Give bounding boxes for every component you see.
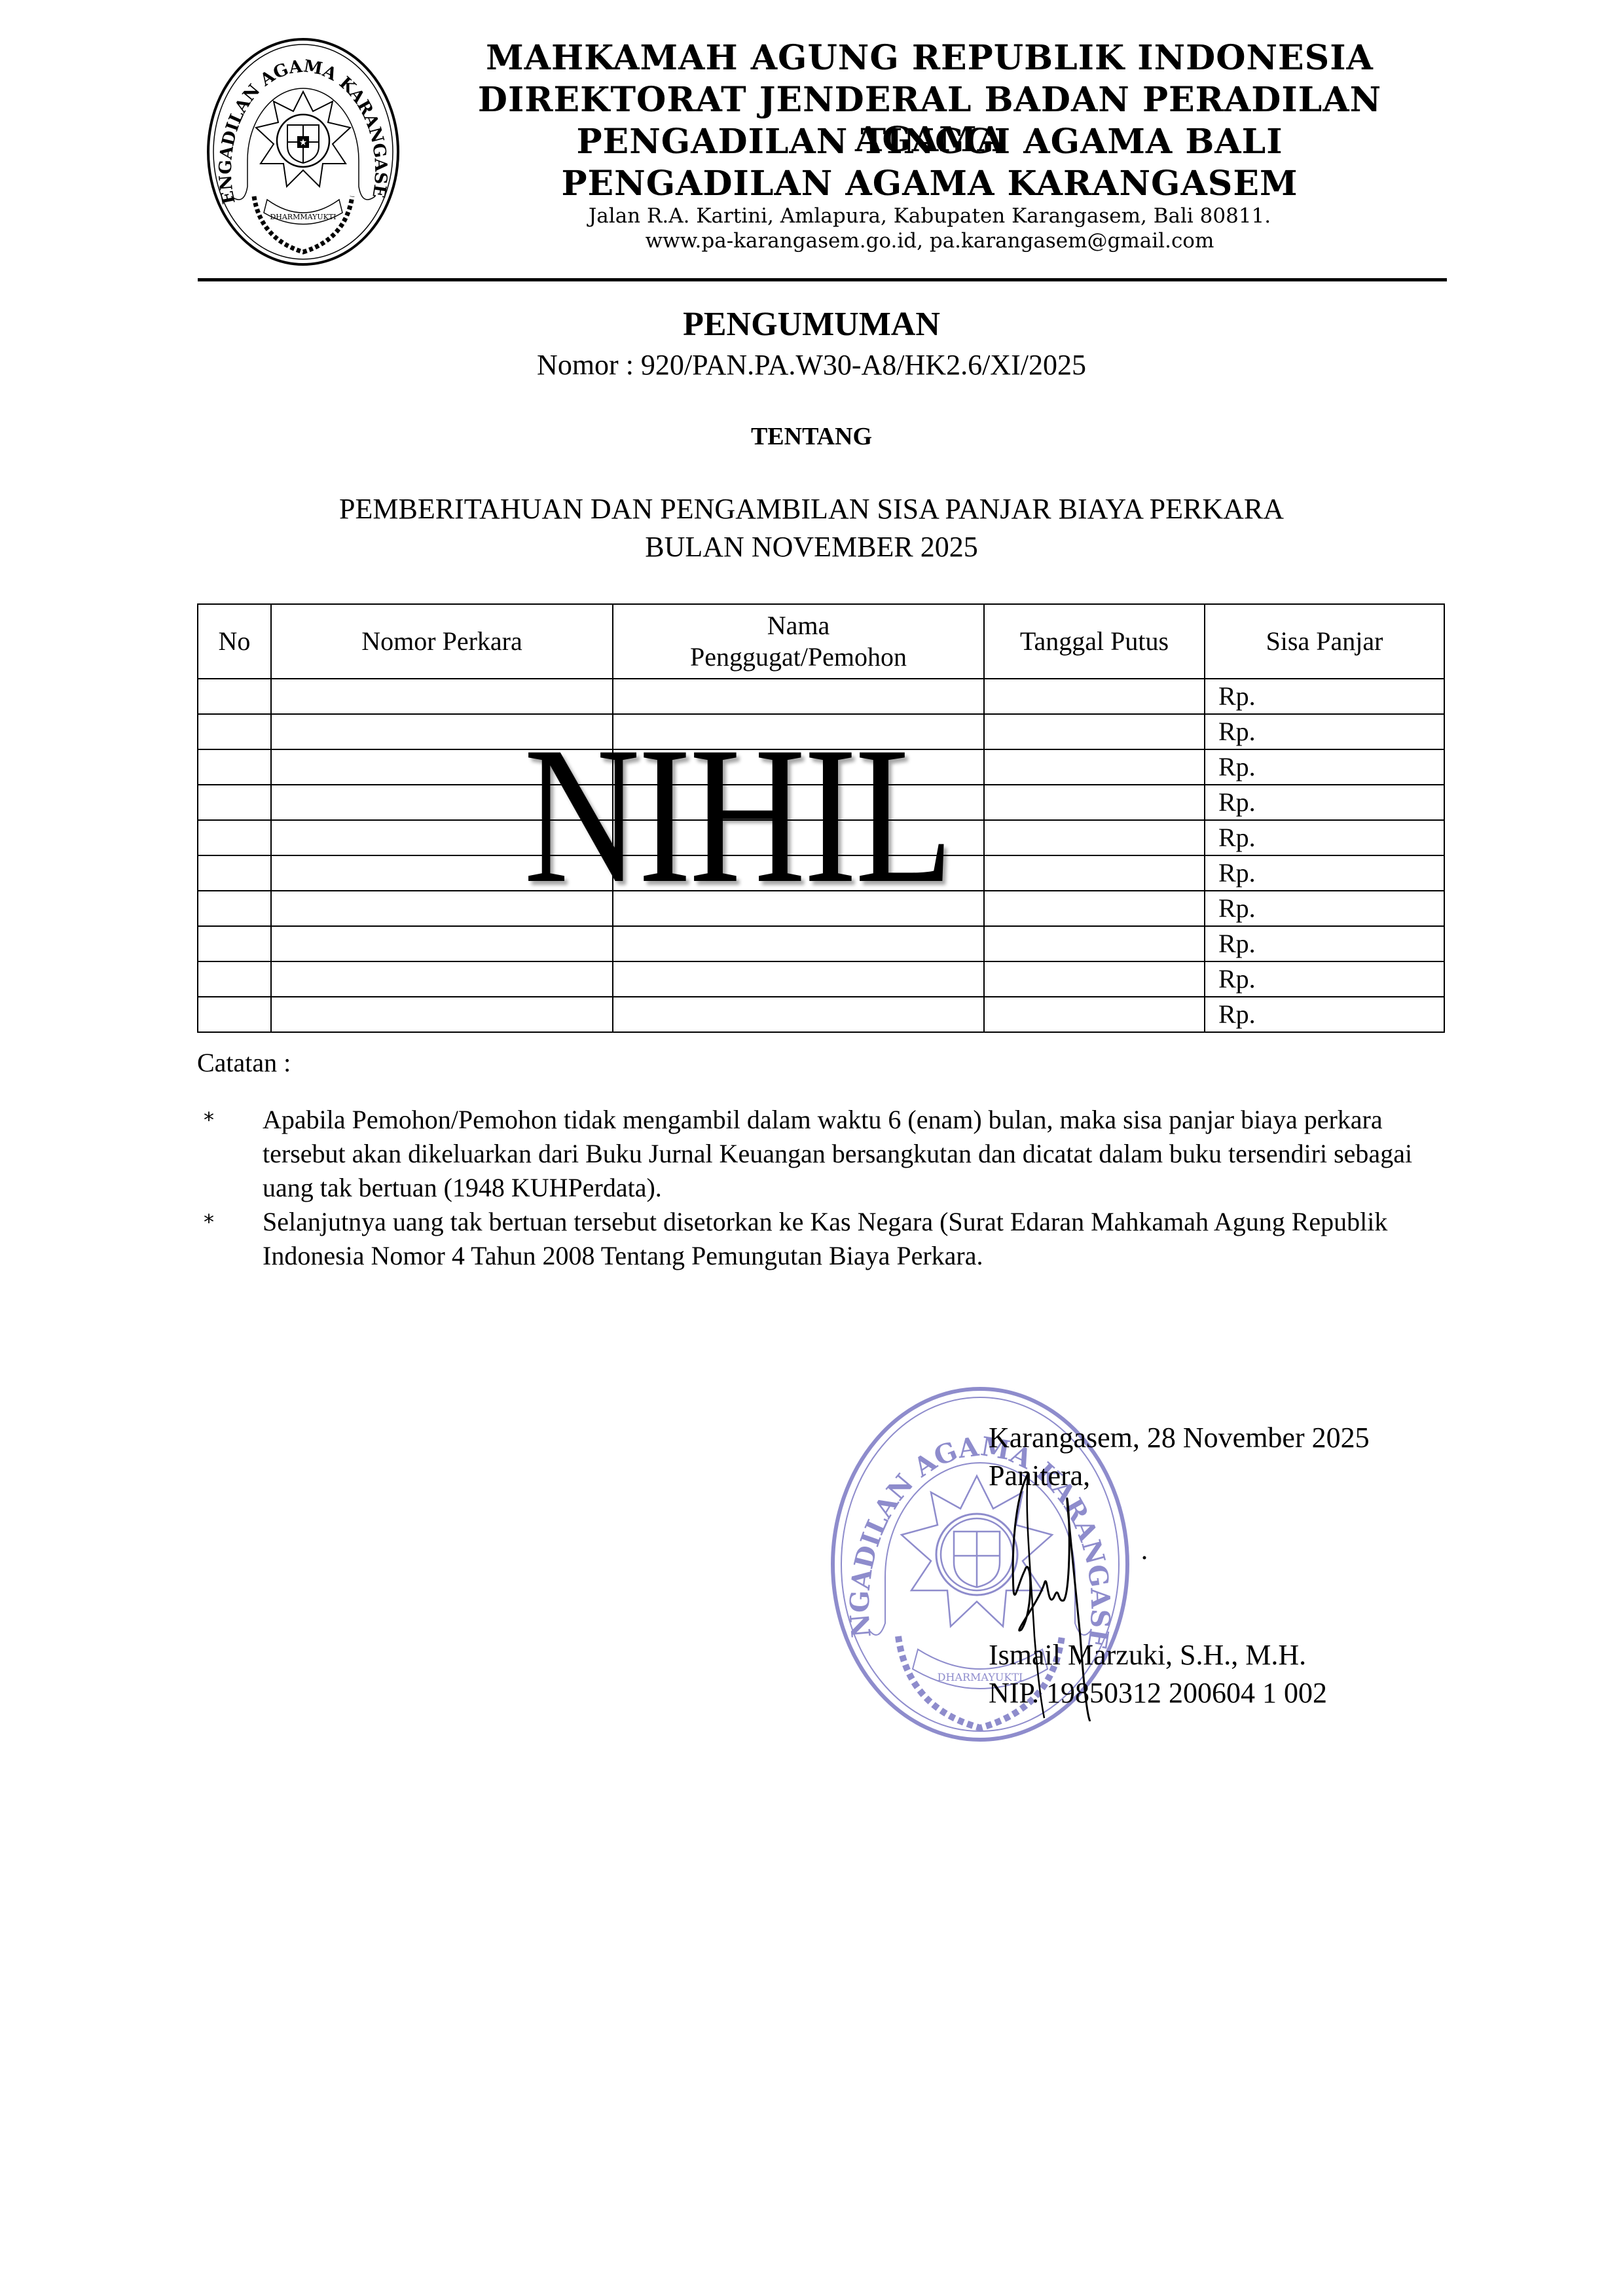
letterhead-line-high-court: PENGADILAN TINGGI AGAMA BALI	[406, 122, 1453, 162]
cell-party-name	[613, 961, 984, 997]
asterisk-bullet-icon: *	[197, 1103, 263, 1205]
court-emblem-icon: PENGADILAN AGAMA KARANGASEM ★ DHARMMAYUK…	[205, 36, 401, 268]
cell-case-number	[271, 926, 613, 961]
letterhead-line-court-name: PENGADILAN AGAMA KARANGASEM	[406, 164, 1453, 204]
header-party-name: Nama Penggugat/Pemohon	[613, 604, 984, 679]
cell-remaining-deposit: Rp.	[1205, 997, 1444, 1032]
nihil-overlay: NIHIL	[524, 717, 1061, 913]
svg-text:PENGADILAN AGAMA KARANGASEM: PENGADILAN AGAMA KARANGASEM	[205, 36, 390, 206]
table-row: Rp.	[198, 926, 1444, 961]
cell-decision-date	[984, 926, 1205, 961]
subject-line-2: BULAN NOVEMBER 2025	[0, 530, 1623, 564]
letterhead-line-supreme-court: MAHKAMAH AGUNG REPUBLIK INDONESIA	[406, 38, 1453, 78]
cell-no	[198, 855, 271, 891]
note-text: Selanjutnya uang tak bertuan tersebut di…	[263, 1205, 1441, 1273]
signature-place-date: Karangasem, 28 November 2025	[989, 1419, 1370, 1457]
signatory-nip: NIP. 19850312 200604 1 002	[989, 1674, 1327, 1712]
header-decision-date: Tanggal Putus	[984, 604, 1205, 679]
cell-decision-date	[984, 679, 1205, 714]
subject-line-1: PEMBERITAHUAN DAN PENGAMBILAN SISA PANJA…	[0, 492, 1623, 526]
letterhead-address: Jalan R.A. Kartini, Amlapura, Kabupaten …	[406, 204, 1453, 228]
header-no: No	[198, 604, 271, 679]
letterhead-divider	[198, 278, 1447, 281]
svg-text:★: ★	[299, 138, 308, 148]
cell-remaining-deposit: Rp.	[1205, 926, 1444, 961]
cell-remaining-deposit: Rp.	[1205, 714, 1444, 749]
note-text: Apabila Pemohon/Pemohon tidak mengambil …	[263, 1103, 1441, 1205]
svg-text:DHARMMAYUKTI: DHARMMAYUKTI	[270, 213, 336, 221]
cell-no	[198, 926, 271, 961]
cell-party-name	[613, 926, 984, 961]
header-party-name-line1: Nama	[767, 611, 830, 640]
cell-no	[198, 891, 271, 926]
cell-decision-date	[984, 961, 1205, 997]
cell-remaining-deposit: Rp.	[1205, 820, 1444, 855]
cell-no	[198, 714, 271, 749]
cell-remaining-deposit: Rp.	[1205, 679, 1444, 714]
about-label: TENTANG	[0, 422, 1623, 451]
cell-remaining-deposit: Rp.	[1205, 891, 1444, 926]
cell-no	[198, 749, 271, 785]
table-row: Rp.	[198, 961, 1444, 997]
cell-no	[198, 997, 271, 1032]
document-number: Nomor : 920/PAN.PA.W30-A8/HK2.6/XI/2025	[0, 348, 1623, 382]
header-party-name-line2: Penggugat/Pemohon	[690, 642, 907, 672]
signatory-name: Ismail Marzuki, S.H., M.H.	[989, 1636, 1306, 1674]
cell-no	[198, 679, 271, 714]
cell-remaining-deposit: Rp.	[1205, 855, 1444, 891]
cell-case-number	[271, 997, 613, 1032]
cell-party-name	[613, 997, 984, 1032]
table-header-row: No Nomor Perkara Nama Penggugat/Pemohon …	[198, 604, 1444, 679]
header-remaining-deposit: Sisa Panjar	[1205, 604, 1444, 679]
cell-case-number	[271, 961, 613, 997]
cell-remaining-deposit: Rp.	[1205, 749, 1444, 785]
note-item: * Selanjutnya uang tak bertuan tersebut …	[197, 1205, 1441, 1273]
cell-decision-date	[984, 997, 1205, 1032]
header-case-number: Nomor Perkara	[271, 604, 613, 679]
notes-heading: Catatan :	[197, 1047, 291, 1078]
document-title: PENGUMUMAN	[0, 305, 1623, 344]
notes-list: * Apabila Pemohon/Pemohon tidak mengambi…	[197, 1103, 1441, 1273]
letterhead-contact: www.pa-karangasem.go.id, pa.karangasem@g…	[406, 229, 1453, 253]
cell-no	[198, 785, 271, 820]
cell-no	[198, 961, 271, 997]
table-row: Rp.	[198, 997, 1444, 1032]
cell-no	[198, 820, 271, 855]
cell-remaining-deposit: Rp.	[1205, 785, 1444, 820]
cell-remaining-deposit: Rp.	[1205, 961, 1444, 997]
asterisk-bullet-icon: *	[197, 1205, 263, 1273]
note-item: * Apabila Pemohon/Pemohon tidak mengambi…	[197, 1103, 1441, 1205]
